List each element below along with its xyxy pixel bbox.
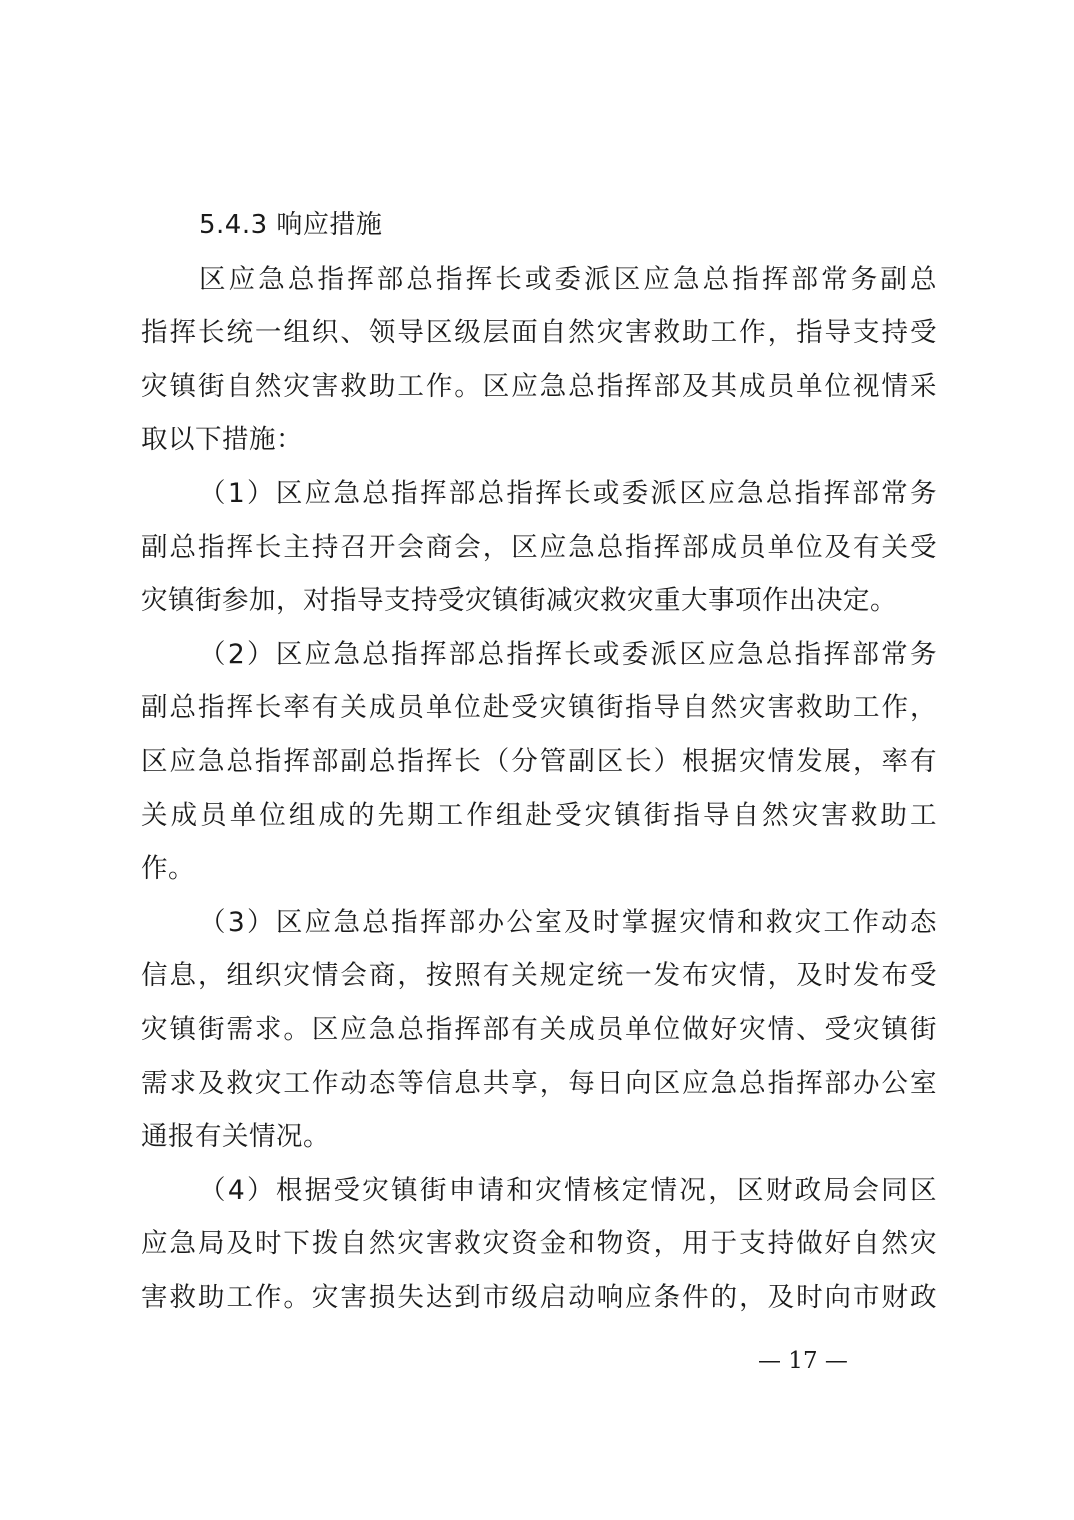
paragraph-item-4: （4）根据受灾镇街申请和灾情核定情况，区财政局会同区 应急局及时下拨自然灾害救灾… — [141, 1164, 937, 1325]
paragraph-item-3: （3）区应急总指挥部办公室及时掌握灾情和救灾工作动态 信息，组织灾情会商，按照有… — [141, 896, 937, 1164]
text-line: （2）区应急总指挥部总指挥长或委派区应急总指挥部常务 — [141, 628, 937, 682]
text-line: 副总指挥长主持召开会商会，区应急总指挥部成员单位及有关受 — [141, 521, 937, 575]
page-content: 5.4.3 响应措施 区应急总指挥部总指挥长或委派区应急总指挥部常务副总 指挥长… — [141, 199, 937, 1324]
text-line: 灾镇街需求。区应急总指挥部有关成员单位做好灾情、受灾镇街 — [141, 1003, 937, 1057]
page-number: — 17 — — [758, 1348, 848, 1374]
text-line: 区应急总指挥部总指挥长或委派区应急总指挥部常务副总 — [141, 253, 937, 307]
text-line: 需求及救灾工作动态等信息共享，每日向区应急总指挥部办公室 — [141, 1057, 937, 1111]
text-line: 灾镇街自然灾害救助工作。区应急总指挥部及其成员单位视情采 — [141, 360, 937, 414]
paragraph-intro: 区应急总指挥部总指挥长或委派区应急总指挥部常务副总 指挥长统一组织、领导区级层面… — [141, 253, 937, 467]
section-heading: 5.4.3 响应措施 — [141, 199, 937, 253]
text-line: 指挥长统一组织、领导区级层面自然灾害救助工作，指导支持受 — [141, 306, 937, 360]
text-line: 信息，组织灾情会商，按照有关规定统一发布灾情，及时发布受 — [141, 949, 937, 1003]
text-line: 通报有关情况。 — [141, 1110, 937, 1164]
text-line: （3）区应急总指挥部办公室及时掌握灾情和救灾工作动态 — [141, 896, 937, 950]
text-line: （4）根据受灾镇街申请和灾情核定情况，区财政局会同区 — [141, 1164, 937, 1218]
text-line: 灾镇街参加，对指导支持受灾镇街减灾救灾重大事项作出决定。 — [141, 574, 937, 628]
paragraph-item-1: （1）区应急总指挥部总指挥长或委派区应急总指挥部常务 副总指挥长主持召开会商会，… — [141, 467, 937, 628]
text-line: 作。 — [141, 842, 937, 896]
text-line: 害救助工作。灾害损失达到市级启动响应条件的，及时向市财政 — [141, 1271, 937, 1325]
paragraph-item-2: （2）区应急总指挥部总指挥长或委派区应急总指挥部常务 副总指挥长率有关成员单位赴… — [141, 628, 937, 896]
text-line: （1）区应急总指挥部总指挥长或委派区应急总指挥部常务 — [141, 467, 937, 521]
text-line: 取以下措施： — [141, 413, 937, 467]
document-page: 5.4.3 响应措施 区应急总指挥部总指挥长或委派区应急总指挥部常务副总 指挥长… — [0, 0, 1074, 1520]
text-line: 关成员单位组成的先期工作组赴受灾镇街指导自然灾害救助工 — [141, 789, 937, 843]
text-line: 副总指挥长率有关成员单位赴受灾镇街指导自然灾害救助工作， — [141, 681, 937, 735]
text-line: 区应急总指挥部副总指挥长（分管副区长）根据灾情发展，率有 — [141, 735, 937, 789]
text-line: 应急局及时下拨自然灾害救灾资金和物资，用于支持做好自然灾 — [141, 1217, 937, 1271]
